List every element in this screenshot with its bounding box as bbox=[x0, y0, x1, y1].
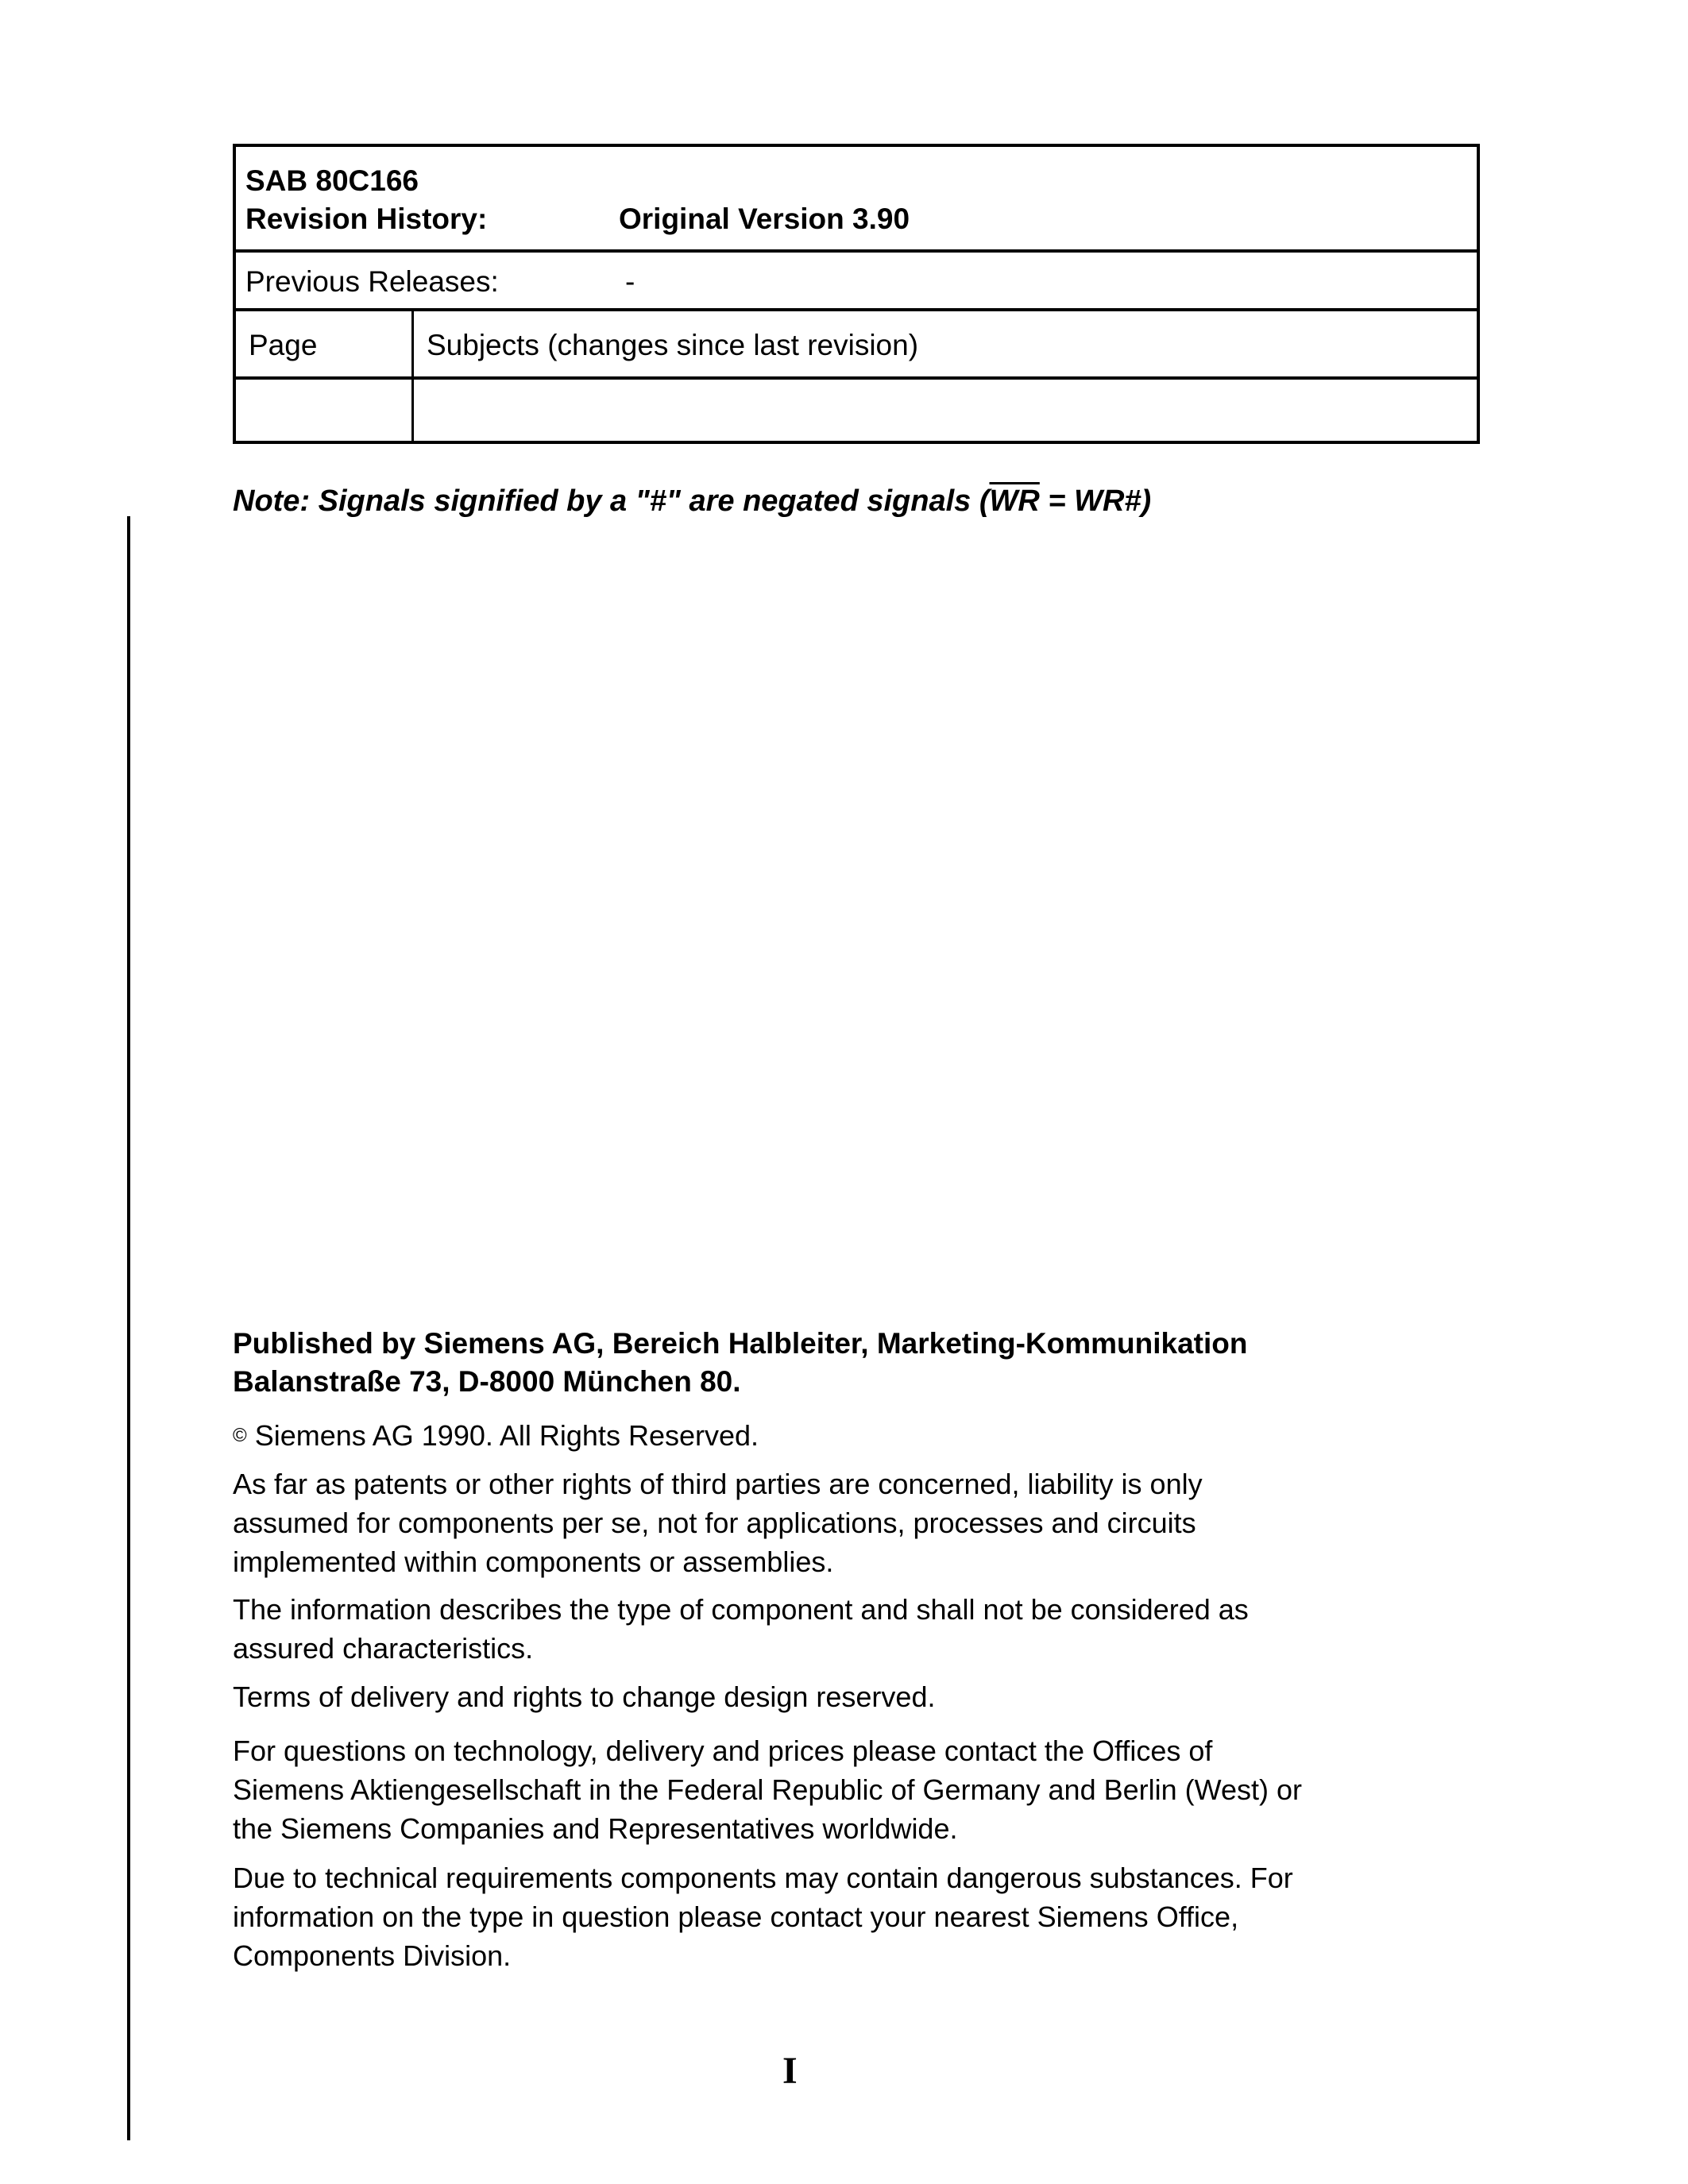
terms-paragraph: Terms of delivery and rights to change d… bbox=[233, 1677, 935, 1716]
paragraph-line: Terms of delivery and rights to change d… bbox=[233, 1677, 935, 1716]
paragraph-line: The information describes the type of co… bbox=[233, 1590, 1249, 1629]
patents-paragraph: As far as patents or other rights of thi… bbox=[233, 1464, 1203, 1581]
revision-history-value: Original Version 3.90 bbox=[619, 203, 910, 236]
page-number: I bbox=[782, 2049, 798, 2093]
negated-signals-note: Note: Signals signified by a "#" are neg… bbox=[233, 484, 1151, 519]
information-paragraph: The information describes the type of co… bbox=[233, 1590, 1249, 1668]
paragraph-line: implemented within components or assembl… bbox=[233, 1542, 1203, 1581]
note-overlined-signal: WR bbox=[990, 484, 1040, 518]
column-header-row: Page Subjects (changes since last revisi… bbox=[236, 311, 1477, 380]
revision-header-row: SAB 80C166 Revision History: Original Ve… bbox=[236, 147, 1477, 253]
paragraph-line: Due to technical requirements components… bbox=[233, 1858, 1293, 1897]
publisher-line-1: Published by Siemens AG, Bereich Halblei… bbox=[233, 1325, 1247, 1363]
dangerous-substances-paragraph: Due to technical requirements components… bbox=[233, 1858, 1293, 1975]
subjects-cell bbox=[414, 380, 1477, 441]
revision-history-label: Revision History: bbox=[245, 203, 487, 236]
paragraph-line: For questions on technology, delivery an… bbox=[233, 1731, 1302, 1770]
page-cell bbox=[236, 380, 414, 441]
page-header-label: Page bbox=[249, 329, 317, 362]
paragraph-line: Siemens Aktiengesellschaft in the Federa… bbox=[233, 1770, 1302, 1809]
previous-releases-label: Previous Releases: bbox=[245, 265, 499, 299]
paragraph-line: As far as patents or other rights of thi… bbox=[233, 1464, 1203, 1503]
copyright-text: Siemens AG 1990. All Rights Reserved. bbox=[247, 1419, 759, 1452]
previous-releases-row: Previous Releases: - bbox=[236, 253, 1477, 311]
copyright-icon: © bbox=[233, 1425, 247, 1446]
publisher-block: Published by Siemens AG, Bereich Halblei… bbox=[233, 1325, 1247, 1401]
subjects-header-label: Subjects (changes since last revision) bbox=[427, 329, 918, 362]
revision-history-table: SAB 80C166 Revision History: Original Ve… bbox=[233, 144, 1480, 444]
paragraph-line: the Siemens Companies and Representative… bbox=[233, 1809, 1302, 1848]
contact-paragraph: For questions on technology, delivery an… bbox=[233, 1731, 1302, 1848]
note-suffix: = WR#) bbox=[1040, 484, 1151, 518]
publisher-line-2: Balanstraße 73, D-8000 München 80. bbox=[233, 1363, 1247, 1401]
paragraph-line: assured characteristics. bbox=[233, 1629, 1249, 1668]
subjects-column-header: Subjects (changes since last revision) bbox=[414, 311, 1477, 376]
left-margin-rule bbox=[127, 516, 130, 2140]
note-prefix: Note: Signals signified by a "#" are neg… bbox=[233, 484, 990, 518]
paragraph-line: Components Division. bbox=[233, 1936, 1293, 1975]
paragraph-line: assumed for components per se, not for a… bbox=[233, 1503, 1203, 1542]
part-number: SAB 80C166 bbox=[245, 164, 419, 198]
table-row bbox=[236, 380, 1477, 441]
page-column-header: Page bbox=[236, 311, 414, 376]
paragraph-line: information on the type in question plea… bbox=[233, 1897, 1293, 1936]
copyright-notice: © Siemens AG 1990. All Rights Reserved. bbox=[233, 1416, 759, 1455]
previous-releases-value: - bbox=[625, 265, 635, 299]
